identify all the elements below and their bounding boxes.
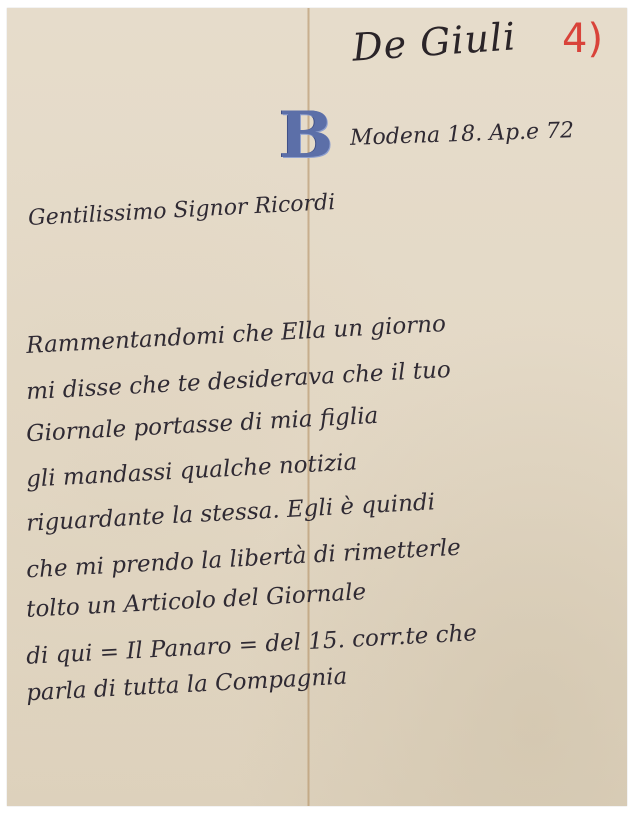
archive-number: 4) <box>562 16 603 62</box>
monogram-icon: B <box>265 104 347 166</box>
